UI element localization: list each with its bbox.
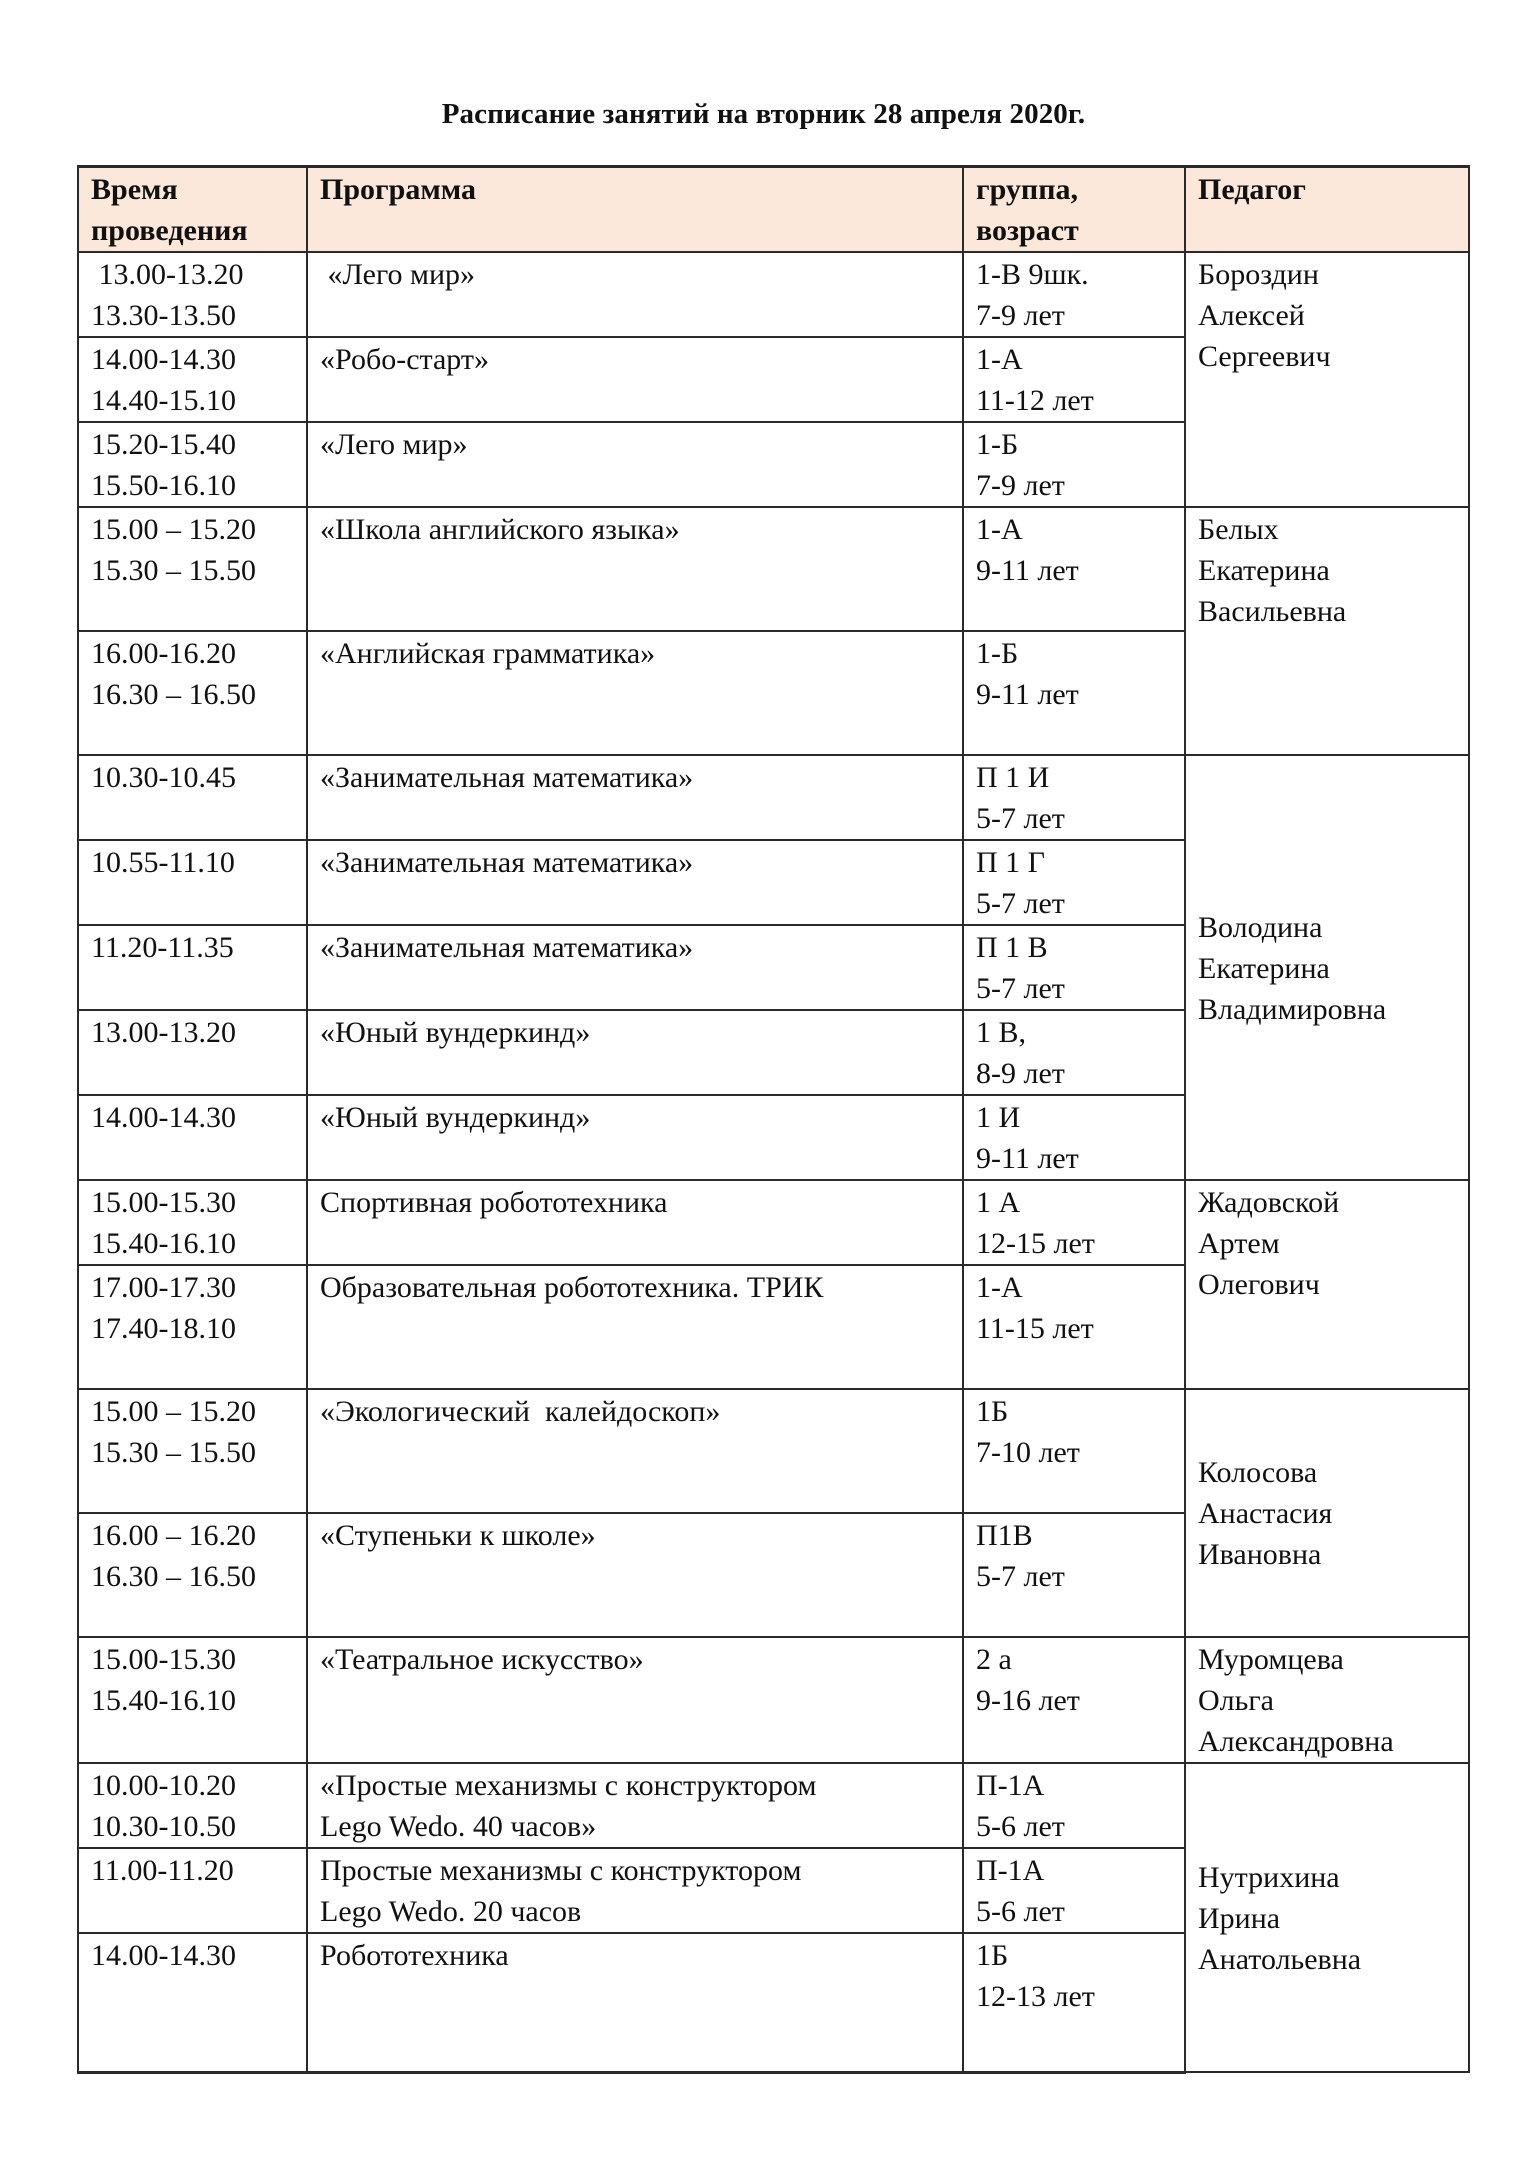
- time-cell: 13.00-13.2013.30-13.50: [78, 252, 307, 337]
- time-cell-line: 16.30 – 16.50: [91, 1556, 294, 1597]
- program-cell: «Школа английского языка»: [307, 507, 963, 631]
- time-cell-line: 16.00-16.20: [91, 633, 294, 674]
- time-cell: 16.00-16.2016.30 – 16.50: [78, 631, 307, 755]
- group-cell: 1 И9-11 лет: [963, 1095, 1185, 1180]
- time-cell-line: 15.20-15.40: [91, 424, 294, 465]
- program-cell: «Юный вундеркинд»: [307, 1095, 963, 1180]
- header-time: Время проведения: [78, 167, 307, 253]
- group-cell-line: 9-11 лет: [976, 550, 1172, 591]
- group-cell-line: 1Б: [976, 1391, 1172, 1432]
- time-cell: 10.00-10.2010.30-10.50: [78, 1763, 307, 1848]
- time-cell-line: 17.40-18.10: [91, 1308, 294, 1349]
- time-cell: 10.30-10.45: [78, 755, 307, 840]
- header-group-line: возраст: [976, 210, 1172, 251]
- program-cell: «Робо-старт»: [307, 337, 963, 422]
- header-teacher: Педагог: [1185, 167, 1469, 253]
- time-cell-line: 11.20-11.35: [91, 927, 294, 968]
- group-cell-line: 9-16 лет: [976, 1680, 1172, 1721]
- header-group-line: группа,: [976, 169, 1172, 210]
- program-cell-line: Lego Wedo. 20 часов: [320, 1891, 950, 1932]
- teacher-cell-line: Нутрихина: [1198, 1857, 1456, 1898]
- group-cell-line: 1-А: [976, 339, 1172, 380]
- group-cell-line: 12-13 лет: [976, 1976, 1172, 2017]
- program-cell: «Лего мир»: [307, 422, 963, 507]
- teacher-cell: КолосоваАнастасияИвановна: [1185, 1389, 1469, 1637]
- group-cell: 1Б12-13 лет: [963, 1933, 1185, 2072]
- teacher-cell-line: Ивановна: [1198, 1534, 1456, 1575]
- teacher-cell-line: Екатерина: [1198, 948, 1456, 989]
- program-cell-line: «Простые механизмы с конструктором: [320, 1765, 950, 1806]
- table-row: 13.00-13.2013.30-13.50 «Лего мир»1-В 9шк…: [78, 252, 1469, 337]
- time-cell-line: 10.55-11.10: [91, 842, 294, 883]
- table-header-row: Время проведения Программа группа, возра…: [78, 167, 1469, 253]
- time-cell-line: 15.40-16.10: [91, 1680, 294, 1721]
- table-row: 15.00-15.3015.40-16.10Спортивная роботот…: [78, 1180, 1469, 1265]
- group-cell: П 1 Г5-7 лет: [963, 840, 1185, 925]
- group-cell: П-1А5-6 лет: [963, 1848, 1185, 1933]
- group-cell-line: 9-11 лет: [976, 674, 1172, 715]
- teacher-cell-line: Жадовской: [1198, 1182, 1456, 1223]
- group-cell: 1-Б9-11 лет: [963, 631, 1185, 755]
- time-cell-line: 15.30 – 15.50: [91, 550, 294, 591]
- time-cell: 17.00-17.3017.40-18.10: [78, 1265, 307, 1389]
- program-cell-line: Простые механизмы с конструктором: [320, 1850, 950, 1891]
- program-cell: «Английская грамматика»: [307, 631, 963, 755]
- program-cell-line: Lego Wedo. 40 часов»: [320, 1806, 950, 1847]
- group-cell-line: П1В: [976, 1515, 1172, 1556]
- header-time-line: проведения: [91, 210, 294, 251]
- time-cell-line: 15.00 – 15.20: [91, 509, 294, 550]
- time-cell-line: 14.40-15.10: [91, 380, 294, 421]
- header-time-line: Время: [91, 169, 294, 210]
- program-cell-line: «Школа английского языка»: [320, 509, 950, 550]
- time-cell: 11.20-11.35: [78, 925, 307, 1010]
- group-cell: 1-А9-11 лет: [963, 507, 1185, 631]
- group-cell-line: П-1А: [976, 1850, 1172, 1891]
- group-cell: 1-В 9шк.7-9 лет: [963, 252, 1185, 337]
- program-cell: Образовательная робототехника. ТРИК: [307, 1265, 963, 1389]
- program-cell-line: «Ступеньки к школе»: [320, 1515, 950, 1556]
- header-program: Программа: [307, 167, 963, 253]
- time-cell: 10.55-11.10: [78, 840, 307, 925]
- time-cell-line: 15.00-15.30: [91, 1639, 294, 1680]
- time-cell-line: 15.30 – 15.50: [91, 1432, 294, 1473]
- time-cell-line: 16.00 – 16.20: [91, 1515, 294, 1556]
- time-cell: 14.00-14.30: [78, 1933, 307, 2072]
- program-cell: «Ступеньки к школе»: [307, 1513, 963, 1637]
- group-cell-line: 11-15 лет: [976, 1308, 1172, 1349]
- teacher-cell-line: Анастасия: [1198, 1493, 1456, 1534]
- teacher-cell-line: Сергеевич: [1198, 336, 1456, 377]
- group-cell-line: 5-6 лет: [976, 1891, 1172, 1932]
- table-row: 15.00 – 15.2015.30 – 15.50«Школа английс…: [78, 507, 1469, 631]
- program-cell: «Экологический калейдоскоп»: [307, 1389, 963, 1513]
- group-cell: 1-А11-12 лет: [963, 337, 1185, 422]
- group-cell-line: 7-9 лет: [976, 465, 1172, 506]
- time-cell-line: 10.30-10.50: [91, 1806, 294, 1847]
- program-cell-line: «Лего мир»: [320, 254, 950, 295]
- program-cell-line: Робототехника: [320, 1935, 950, 1976]
- group-cell-line: 5-7 лет: [976, 968, 1172, 1009]
- group-cell-line: 1Б: [976, 1935, 1172, 1976]
- time-cell: 14.00-14.3014.40-15.10: [78, 337, 307, 422]
- group-cell: П1В5-7 лет: [963, 1513, 1185, 1637]
- table-row: 15.00-15.3015.40-16.10«Театральное искус…: [78, 1637, 1469, 1763]
- teacher-cell: ВолодинаЕкатеринаВладимировна: [1185, 755, 1469, 1180]
- time-cell-line: 17.00-17.30: [91, 1267, 294, 1308]
- group-cell-line: П 1 Г: [976, 842, 1172, 883]
- group-cell-line: 5-6 лет: [976, 1806, 1172, 1847]
- group-cell-line: 1-В 9шк.: [976, 254, 1172, 295]
- group-cell-line: 11-12 лет: [976, 380, 1172, 421]
- teacher-cell-line: Белых: [1198, 509, 1456, 550]
- header-group: группа, возраст: [963, 167, 1185, 253]
- time-cell: 15.20-15.4015.50-16.10: [78, 422, 307, 507]
- teacher-cell-line: Владимировна: [1198, 989, 1456, 1030]
- group-cell-line: 7-9 лет: [976, 295, 1172, 336]
- program-cell-line: «Экологический калейдоскоп»: [320, 1391, 950, 1432]
- program-cell-line: «Юный вундеркинд»: [320, 1012, 950, 1053]
- program-cell-line: «Робо-старт»: [320, 339, 950, 380]
- group-cell-line: 1-А: [976, 1267, 1172, 1308]
- table-row: 15.00 – 15.2015.30 – 15.50«Экологический…: [78, 1389, 1469, 1513]
- time-cell: 13.00-13.20: [78, 1010, 307, 1095]
- time-cell-line: 13.30-13.50: [91, 295, 294, 336]
- time-cell-line: 14.00-14.30: [91, 339, 294, 380]
- group-cell-line: 5-7 лет: [976, 883, 1172, 924]
- group-cell-line: 1 А: [976, 1182, 1172, 1223]
- group-cell: П-1А5-6 лет: [963, 1763, 1185, 1848]
- time-cell: 16.00 – 16.2016.30 – 16.50: [78, 1513, 307, 1637]
- group-cell: 1-А11-15 лет: [963, 1265, 1185, 1389]
- program-cell: Спортивная робототехника: [307, 1180, 963, 1265]
- teacher-cell-line: Екатерина: [1198, 550, 1456, 591]
- time-cell: 14.00-14.30: [78, 1095, 307, 1180]
- group-cell-line: 1 И: [976, 1097, 1172, 1138]
- teacher-cell-line: Александровна: [1198, 1721, 1456, 1762]
- time-cell: 15.00-15.3015.40-16.10: [78, 1180, 307, 1265]
- group-cell-line: П 1 В: [976, 927, 1172, 968]
- group-cell: 1 В,8-9 лет: [963, 1010, 1185, 1095]
- time-cell-line: 16.30 – 16.50: [91, 674, 294, 715]
- program-cell: Робототехника: [307, 1933, 963, 2072]
- group-cell-line: П 1 И: [976, 757, 1172, 798]
- group-cell-line: 8-9 лет: [976, 1053, 1172, 1094]
- time-cell-line: 10.30-10.45: [91, 757, 294, 798]
- time-cell-line: 15.00-15.30: [91, 1182, 294, 1223]
- group-cell: П 1 В5-7 лет: [963, 925, 1185, 1010]
- time-cell-line: 15.40-16.10: [91, 1223, 294, 1264]
- teacher-cell: ЖадовскойАртемОлегович: [1185, 1180, 1469, 1389]
- group-cell: 1-Б7-9 лет: [963, 422, 1185, 507]
- teacher-cell: БелыхЕкатеринаВасильевна: [1185, 507, 1469, 755]
- group-cell: П 1 И5-7 лет: [963, 755, 1185, 840]
- program-cell-line: «Занимательная математика»: [320, 927, 950, 968]
- time-cell-line: 15.00 – 15.20: [91, 1391, 294, 1432]
- group-cell-line: 7-10 лет: [976, 1432, 1172, 1473]
- teacher-cell-line: Алексей: [1198, 295, 1456, 336]
- time-cell-line: 14.00-14.30: [91, 1097, 294, 1138]
- group-cell-line: 1-Б: [976, 424, 1172, 465]
- teacher-cell-line: Колосова: [1198, 1452, 1456, 1493]
- program-cell-line: «Английская грамматика»: [320, 633, 950, 674]
- table-row: 10.30-10.45«Занимательная математика»П 1…: [78, 755, 1469, 840]
- program-cell-line: «Юный вундеркинд»: [320, 1097, 950, 1138]
- program-cell: «Простые механизмы с конструкторомLego W…: [307, 1763, 963, 1848]
- page-title: Расписание занятий на вторник 28 апреля …: [0, 98, 1527, 131]
- teacher-cell-line: Бороздин: [1198, 254, 1456, 295]
- group-cell-line: 1 В,: [976, 1012, 1172, 1053]
- teacher-cell-line: Артем: [1198, 1223, 1456, 1264]
- time-cell: 15.00 – 15.2015.30 – 15.50: [78, 1389, 307, 1513]
- program-cell: «Лего мир»: [307, 252, 963, 337]
- group-cell-line: 5-7 лет: [976, 1556, 1172, 1597]
- group-cell: 1 А12-15 лет: [963, 1180, 1185, 1265]
- time-cell-line: 13.00-13.20: [91, 1012, 294, 1053]
- teacher-cell-line: Муромцева: [1198, 1639, 1456, 1680]
- time-cell: 11.00-11.20: [78, 1848, 307, 1933]
- time-cell-line: 14.00-14.30: [91, 1935, 294, 1976]
- teacher-cell-line: Володина: [1198, 907, 1456, 948]
- group-cell-line: 1-Б: [976, 633, 1172, 674]
- time-cell: 15.00-15.3015.40-16.10: [78, 1637, 307, 1763]
- header-program-line: Программа: [320, 169, 950, 210]
- teacher-cell-line: Анатольевна: [1198, 1939, 1456, 1980]
- schedule-body: 13.00-13.2013.30-13.50 «Лего мир»1-В 9шк…: [78, 252, 1469, 2072]
- program-cell: «Юный вундеркинд»: [307, 1010, 963, 1095]
- group-cell-line: 9-11 лет: [976, 1138, 1172, 1179]
- teacher-cell-line: Олегович: [1198, 1264, 1456, 1305]
- program-cell: «Занимательная математика»: [307, 755, 963, 840]
- group-cell-line: П-1А: [976, 1765, 1172, 1806]
- program-cell-line: Спортивная робототехника: [320, 1182, 950, 1223]
- group-cell-line: 12-15 лет: [976, 1223, 1172, 1264]
- time-cell-line: 10.00-10.20: [91, 1765, 294, 1806]
- program-cell: «Занимательная математика»: [307, 925, 963, 1010]
- program-cell: «Занимательная математика»: [307, 840, 963, 925]
- teacher-cell-line: Ольга: [1198, 1680, 1456, 1721]
- time-cell-line: 11.00-11.20: [91, 1850, 294, 1891]
- teacher-cell: МуромцеваОльгаАлександровна: [1185, 1637, 1469, 1763]
- program-cell-line: Образовательная робототехника. ТРИК: [320, 1267, 950, 1308]
- time-cell-line: 13.00-13.20: [91, 254, 294, 295]
- header-teacher-line: Педагог: [1198, 169, 1456, 210]
- time-cell-line: 15.50-16.10: [91, 465, 294, 506]
- teacher-cell: НутрихинаИринаАнатольевна: [1185, 1763, 1469, 2072]
- time-cell: 15.00 – 15.2015.30 – 15.50: [78, 507, 307, 631]
- group-cell: 2 а9-16 лет: [963, 1637, 1185, 1763]
- teacher-cell: БороздинАлексейСергеевич: [1185, 252, 1469, 507]
- program-cell-line: «Занимательная математика»: [320, 757, 950, 798]
- teacher-cell-line: Васильевна: [1198, 591, 1456, 632]
- teacher-cell-line: Ирина: [1198, 1898, 1456, 1939]
- program-cell-line: «Лего мир»: [320, 424, 950, 465]
- table-row: 10.00-10.2010.30-10.50«Простые механизмы…: [78, 1763, 1469, 1848]
- group-cell-line: 1-А: [976, 509, 1172, 550]
- program-cell-line: «Театральное искусство»: [320, 1639, 950, 1680]
- group-cell-line: 5-7 лет: [976, 798, 1172, 839]
- group-cell-line: 2 а: [976, 1639, 1172, 1680]
- schedule-table: Время проведения Программа группа, возра…: [77, 165, 1470, 2074]
- program-cell: Простые механизмы с конструкторомLego We…: [307, 1848, 963, 1933]
- program-cell: «Театральное искусство»: [307, 1637, 963, 1763]
- group-cell: 1Б7-10 лет: [963, 1389, 1185, 1513]
- program-cell-line: «Занимательная математика»: [320, 842, 950, 883]
